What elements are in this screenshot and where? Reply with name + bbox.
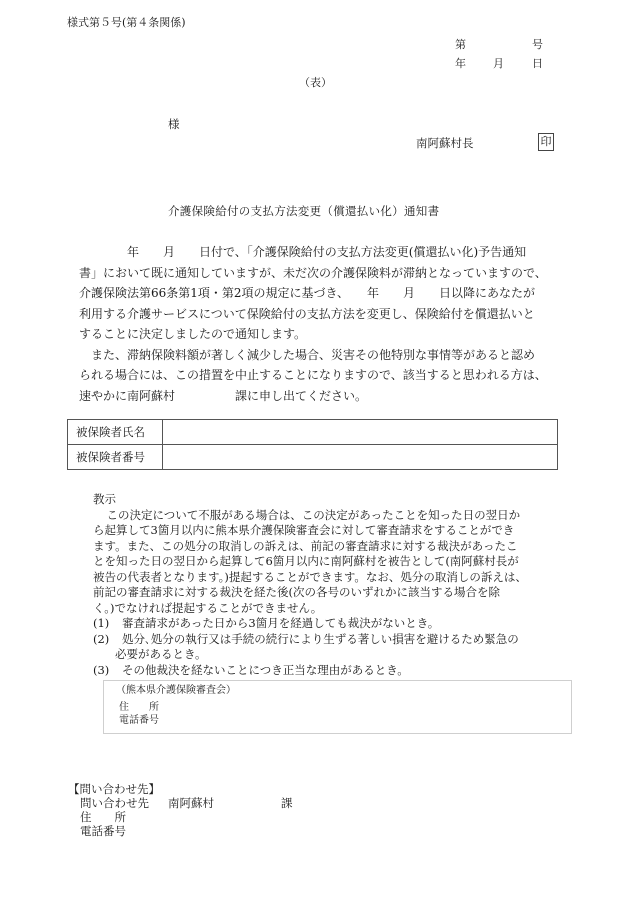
inquiry-organization: 南阿蘇村 bbox=[168, 796, 214, 810]
item-number: (3) bbox=[93, 663, 109, 679]
front-side-label: （表） bbox=[299, 76, 332, 90]
item-text-continued: 必要があるとき。 bbox=[115, 647, 207, 663]
review-board-box: （熊本県介護保険審査会） 住 所 電話番号 bbox=[103, 680, 572, 734]
appeal-instruction: 教示 この決定について不服がある場合は、この決定があったことを知った日の翌日か … bbox=[93, 492, 563, 678]
inquiry-label: 問い合わせ先 bbox=[80, 796, 149, 810]
instruction-line: ます。また、この処分の取消しの訴えは、前記の審査請求に対する裁決があったこ bbox=[93, 539, 563, 555]
date-year: 年 bbox=[455, 57, 466, 71]
body-line: 年 月 日付で、「介護保険給付の支払方法変更(償還払い化)予告通知 bbox=[79, 242, 553, 263]
body-line: 速やかに南阿蘇村 課に申し出てください。 bbox=[79, 386, 553, 407]
item-text: その他裁決を経ないことにつき正当な理由があるとき。 bbox=[122, 663, 409, 679]
insured-info-table: 被保険者氏名 被保険者番号 bbox=[67, 419, 558, 470]
item-text: 処分､処分の執行又は手続の続行により生ずる著しい損害を避けるため緊急の bbox=[122, 632, 519, 648]
table-row: 被保険者氏名 bbox=[68, 420, 558, 445]
instruction-line: 被告の代表者となります。)提起することができます。なお、処分の取消しの訴えは、 bbox=[93, 570, 563, 586]
body-line: 介護保険法第66条第1項・第2項の規定に基づき、 年 月 日以降にあなたが bbox=[79, 283, 553, 304]
insured-number-label: 被保険者番号 bbox=[68, 445, 163, 470]
seal-stamp-box: 印 bbox=[538, 133, 554, 151]
body-line: られる場合には、この措置を中止することになりますので、該当すると思われる方は、 bbox=[79, 365, 553, 386]
review-board-address-label: 住 所 bbox=[119, 702, 159, 714]
number-suffix: 号 bbox=[532, 38, 543, 52]
body-line: 書」において既に通知していますが、未だ次の介護保険料が滞納となっていますので、 bbox=[79, 263, 553, 284]
item-number: (2) bbox=[93, 632, 109, 648]
instruction-line: とを知った日の翌日から起算して6箇月以内に南阿蘇村を被告として(南阿蘇村長が bbox=[93, 554, 563, 570]
instruction-line: く。)でなければ提起することができません。 bbox=[93, 601, 563, 617]
number-prefix: 第 bbox=[455, 38, 466, 52]
review-board-phone-label: 電話番号 bbox=[119, 715, 159, 727]
date-day: 日 bbox=[532, 57, 543, 71]
contact-section: 【問い合わせ先】 問い合わせ先 南阿蘇村 課 住 所 電話番号 bbox=[68, 782, 160, 838]
contact-inquiry-row: 問い合わせ先 南阿蘇村 課 bbox=[68, 796, 160, 810]
insured-name-field[interactable] bbox=[163, 420, 558, 445]
condition-item-2: (2) 処分､処分の執行又は手続の続行により生ずる著しい損害を避けるため緊急の bbox=[93, 632, 563, 648]
condition-item-3: (3) その他裁決を経ないことにつき正当な理由があるとき。 bbox=[93, 663, 563, 679]
inquiry-department-suffix: 課 bbox=[281, 796, 293, 810]
sender-name: 南阿蘇村長 bbox=[416, 136, 474, 150]
instruction-line: 前記の審査請求に対する裁決を経た後(次の各号のいずれかに該当する場合を除 bbox=[93, 585, 563, 601]
body-line: また、滞納保険料額が著しく減少した場合、災害その他特別な事情等があると認め bbox=[79, 345, 553, 366]
body-line: することに決定しましたので通知します。 bbox=[79, 324, 553, 345]
instruction-line: この決定について不服がある場合は、この決定があったことを知った日の翌日か bbox=[93, 508, 563, 524]
document-title: 介護保険給付の支払方法変更（償還払い化）通知書 bbox=[168, 204, 439, 218]
form-number-label: 様式第５号(第４条関係) bbox=[67, 16, 186, 30]
instruction-heading: 教示 bbox=[93, 492, 563, 508]
item-text: 審査請求があった日から3箇月を経過しても裁決がないとき。 bbox=[122, 616, 439, 632]
notice-body: 年 月 日付で、「介護保険給付の支払方法変更(償還払い化)予告通知 書」において… bbox=[79, 242, 553, 406]
insured-number-field[interactable] bbox=[163, 445, 558, 470]
contact-address-label: 住 所 bbox=[68, 810, 160, 824]
date-month: 月 bbox=[493, 57, 504, 71]
contact-heading: 【問い合わせ先】 bbox=[68, 782, 160, 796]
condition-item-1: (1) 審査請求があった日から3箇月を経過しても裁決がないとき。 bbox=[93, 616, 563, 632]
body-line: 利用する介護サービスについて保険給付の支払方法を変更し、保険給付を償還払いと bbox=[79, 304, 553, 325]
contact-phone-label: 電話番号 bbox=[68, 824, 160, 838]
review-board-name: （熊本県介護保険審査会） bbox=[116, 685, 236, 697]
instruction-line: ら起算して3箇月以内に熊本県介護保険審査会に対して審査請求をすることができ bbox=[93, 523, 563, 539]
addressee-honorific: 様 bbox=[168, 117, 180, 131]
condition-item-2-continued: 必要があるとき。 bbox=[93, 647, 563, 663]
insured-name-label: 被保険者氏名 bbox=[68, 420, 163, 445]
item-number: (1) bbox=[93, 616, 109, 632]
table-row: 被保険者番号 bbox=[68, 445, 558, 470]
